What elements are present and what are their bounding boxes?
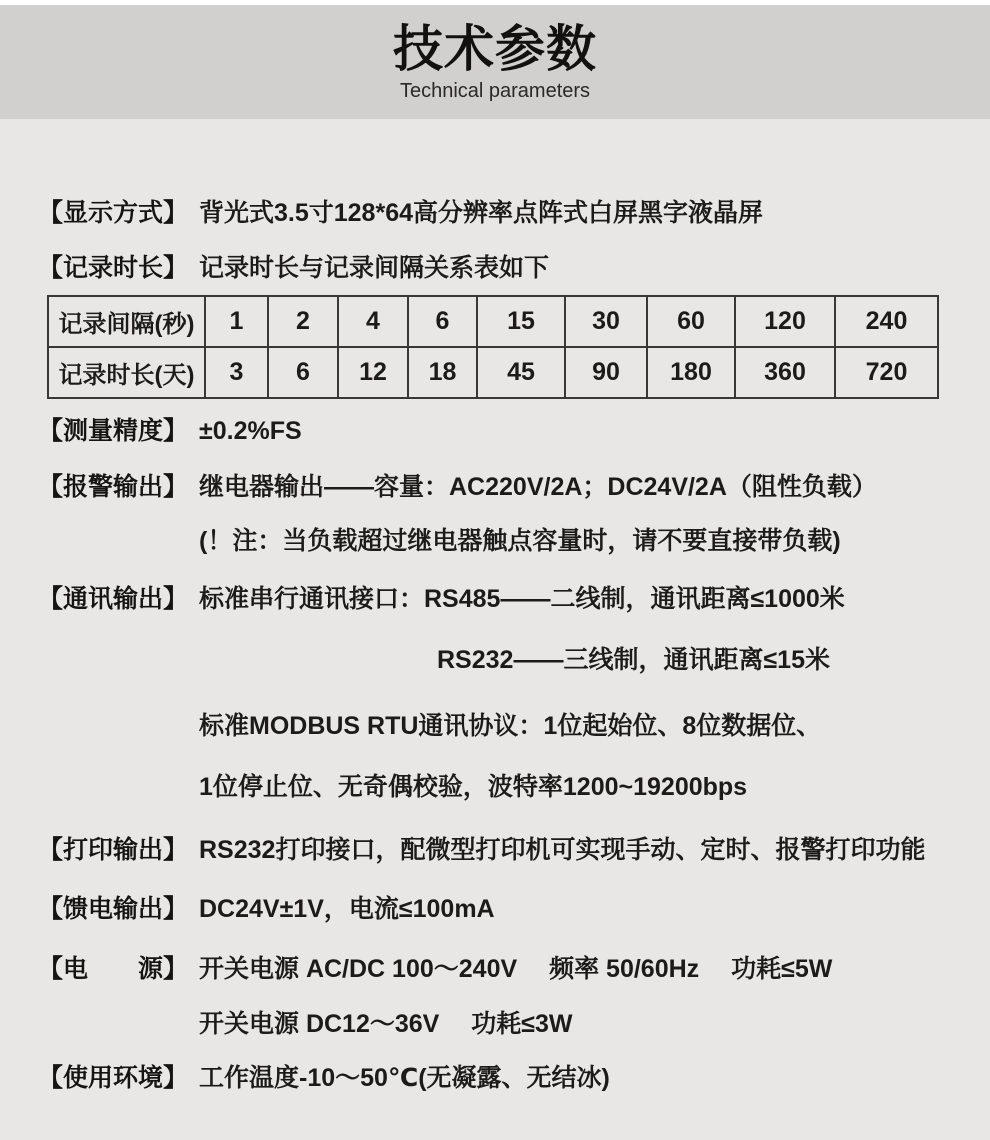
spec-power-line2: 开关电源 DC12～36V 功耗≤3W	[199, 1007, 573, 1041]
record-interval-table: 记录间隔(秒) 1 2 4 6 15 30 60 120 240 记录时长(天)…	[47, 295, 939, 399]
spec-comm-line4: 1位停止位、无奇偶校验，波特率1200~19200bps	[199, 770, 747, 804]
spec-value-print: RS232打印接口，配微型打印机可实现手动、定时、报警打印功能	[199, 836, 925, 864]
spec-row-comm: 【通讯输出】标准串行通讯接口：RS485——二线制，通讯距离≤1000米	[38, 582, 845, 616]
spec-label-record: 【记录时长】	[38, 251, 199, 285]
spec-comm-line2: RS232——三线制，通讯距离≤15米	[437, 643, 830, 677]
spec-power-line1: 开关电源 AC/DC 100～240V 频率 50/60Hz 功耗≤5W	[199, 955, 832, 983]
spec-value-accuracy: ±0.2%FS	[199, 417, 302, 445]
spec-label-power: 【电 源】	[38, 952, 199, 986]
table-cell: 15	[477, 296, 565, 347]
spec-label-print: 【打印输出】	[38, 833, 199, 867]
table-cell: 1	[205, 296, 268, 347]
spec-label-alarm: 【报警输出】	[38, 470, 199, 504]
page-title: 技术参数	[393, 21, 597, 77]
table-cell: 120	[735, 296, 835, 347]
table-row-interval: 记录间隔(秒) 1 2 4 6 15 30 60 120 240	[48, 296, 938, 347]
spec-row-power: 【电 源】开关电源 AC/DC 100～240V 频率 50/60Hz 功耗≤5…	[38, 952, 832, 986]
table-cell: 2	[268, 296, 338, 347]
spec-label-display: 【显示方式】	[38, 196, 199, 230]
table-cell: 360	[735, 347, 835, 398]
table-cell: 18	[408, 347, 477, 398]
table-cell: 90	[565, 347, 647, 398]
table-cell: 45	[477, 347, 565, 398]
spec-row-feed: 【馈电输出】DC24V±1V，电流≤100mA	[38, 892, 495, 926]
technical-parameters-page: 技术参数 Technical parameters 【显示方式】背光式3.5寸1…	[0, 0, 990, 1140]
spec-row-environment: 【使用环境】工作温度-10～50℃(无凝露、无结冰)	[38, 1061, 610, 1095]
spec-value-record: 记录时长与记录间隔关系表如下	[199, 254, 549, 282]
table-cell: 240	[835, 296, 938, 347]
table-cell: 180	[647, 347, 735, 398]
spec-row-record: 【记录时长】记录时长与记录间隔关系表如下	[38, 251, 549, 285]
table-cell: 6	[408, 296, 477, 347]
spec-row-alarm: 【报警输出】继电器输出——容量：AC220V/2A；DC24V/2A（阻性负载）	[38, 470, 877, 504]
table-cell: 6	[268, 347, 338, 398]
title-banner: 技术参数 Technical parameters	[0, 5, 990, 119]
table-row-duration: 记录时长(天) 3 6 12 18 45 90 180 360 720	[48, 347, 938, 398]
spec-row-display: 【显示方式】背光式3.5寸128*64高分辨率点阵式白屏黑字液晶屏	[38, 196, 763, 230]
table-header-duration: 记录时长(天)	[48, 347, 205, 398]
table-cell: 12	[338, 347, 408, 398]
spec-comm-line1: 标准串行通讯接口：RS485——二线制，通讯距离≤1000米	[199, 585, 845, 613]
spec-label-environment: 【使用环境】	[38, 1061, 199, 1095]
spec-value-environment: 工作温度-10～50℃(无凝露、无结冰)	[199, 1064, 610, 1092]
table-cell: 30	[565, 296, 647, 347]
spec-value-alarm: 继电器输出——容量：AC220V/2A；DC24V/2A（阻性负载）	[199, 473, 877, 501]
page-subtitle: Technical parameters	[400, 79, 590, 103]
spec-row-print: 【打印输出】RS232打印接口，配微型打印机可实现手动、定时、报警打印功能	[38, 833, 925, 867]
table-header-interval: 记录间隔(秒)	[48, 296, 205, 347]
spec-label-comm: 【通讯输出】	[38, 582, 199, 616]
spec-label-accuracy: 【测量精度】	[38, 414, 199, 448]
spec-value-feed: DC24V±1V，电流≤100mA	[199, 895, 495, 923]
spec-value-display: 背光式3.5寸128*64高分辨率点阵式白屏黑字液晶屏	[199, 199, 763, 227]
table-cell: 720	[835, 347, 938, 398]
table-cell: 3	[205, 347, 268, 398]
spec-row-accuracy: 【测量精度】±0.2%FS	[38, 414, 302, 448]
spec-alarm-note: (！注：当负载超过继电器触点容量时，请不要直接带负载)	[199, 524, 841, 558]
spec-label-feed: 【馈电输出】	[38, 892, 199, 926]
spec-comm-line3: 标准MODBUS RTU通讯协议：1位起始位、8位数据位、	[199, 709, 821, 743]
table-cell: 60	[647, 296, 735, 347]
table-cell: 4	[338, 296, 408, 347]
